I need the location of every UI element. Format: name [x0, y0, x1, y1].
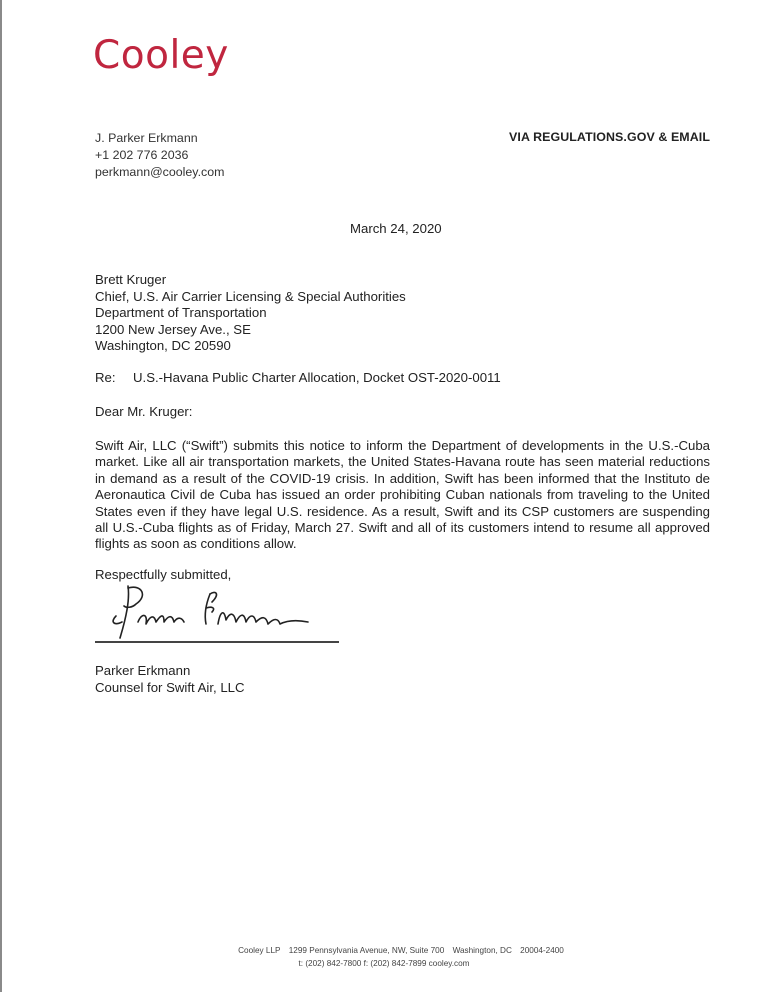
signer-title: Counsel for Swift Air, LLC [95, 679, 245, 696]
footer-city: Washington, DC [453, 946, 512, 955]
re-subject: U.S.-Havana Public Charter Allocation, D… [133, 370, 501, 385]
delivery-method: VIA REGULATIONS.GOV & EMAIL [509, 130, 710, 144]
footer: Cooley LLP 1299 Pennsylvania Avenue, NW,… [0, 944, 768, 970]
recipient-line: Washington, DC 20590 [95, 338, 406, 355]
salutation: Dear Mr. Kruger: [95, 404, 192, 419]
letter-page: Cooley J. Parker Erkmann +1 202 776 2036… [0, 0, 768, 992]
sender-email: perkmann@cooley.com [95, 164, 224, 181]
recipient-line: Brett Kruger [95, 272, 406, 289]
footer-address: 1299 Pennsylvania Avenue, NW, Suite 700 [289, 946, 445, 955]
footer-firm: Cooley LLP [238, 946, 280, 955]
signer-block: Parker Erkmann Counsel for Swift Air, LL… [95, 662, 245, 696]
body-paragraph: Swift Air, LLC (“Swift”) submits this no… [95, 438, 710, 553]
sender-block: J. Parker Erkmann +1 202 776 2036 perkma… [95, 130, 224, 181]
recipient-line: 1200 New Jersey Ave., SE [95, 322, 406, 339]
recipient-line: Chief, U.S. Air Carrier Licensing & Spec… [95, 289, 406, 306]
closing: Respectfully submitted, [95, 567, 231, 582]
cooley-logo: Cooley [93, 36, 229, 75]
sender-phone: +1 202 776 2036 [95, 147, 224, 164]
sender-name: J. Parker Erkmann [95, 130, 224, 147]
letter-date: March 24, 2020 [350, 221, 442, 236]
re-label: Re: [95, 370, 133, 385]
re-line: Re:U.S.-Havana Public Charter Allocation… [95, 370, 501, 385]
footer-address-line: Cooley LLP 1299 Pennsylvania Avenue, NW,… [34, 944, 768, 957]
signature-line [95, 641, 339, 643]
footer-zip: 20004-2400 [520, 946, 564, 955]
signature-icon [108, 582, 328, 642]
recipient-block: Brett Kruger Chief, U.S. Air Carrier Lic… [95, 272, 406, 355]
footer-contact: t: (202) 842-7800 f: (202) 842-7899 cool… [0, 957, 768, 970]
recipient-line: Department of Transportation [95, 305, 406, 322]
signer-name: Parker Erkmann [95, 662, 245, 679]
